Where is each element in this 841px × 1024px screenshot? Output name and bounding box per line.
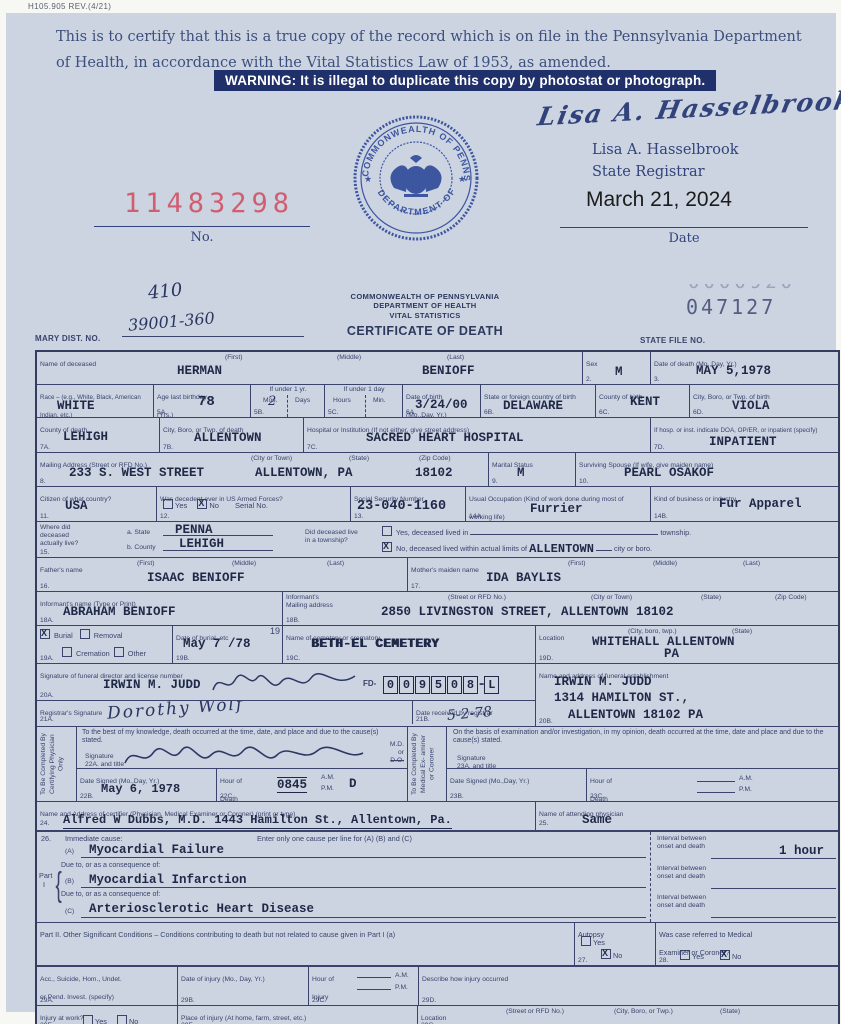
field-date-of-death: Date of death (Mo.,Day, Yr.) 3. MAY 5,19…	[651, 352, 838, 384]
serial-label: No.	[94, 230, 310, 245]
row-funeral-registrar: Signature of funeral director and licens…	[37, 664, 838, 727]
field-father-name: Father's name (First) (Middle) (Last) 16…	[37, 558, 408, 591]
value-mailing-zip: 18102	[415, 466, 453, 480]
svg-text:★: ★	[364, 174, 372, 184]
field-injury-date: Date of injury (Mo., Day, Yr.) 29B.	[178, 967, 309, 1005]
other-checkbox	[114, 647, 124, 657]
interval-column: Interval betweenonset and death 1 hour I…	[650, 832, 838, 922]
district-number-label: MARY DIST. NO.	[35, 334, 101, 343]
field-registrar-signature: Registrar's Signature 21A. Dorothy Wolf	[37, 701, 413, 724]
field-funeral-director-signature: Signature of funeral director and licens…	[37, 664, 535, 701]
physician-signature-script	[119, 743, 369, 769]
issue-date: March 21, 2024	[586, 188, 732, 212]
value-establishment-line3: ALLENTOWN 18102 PA	[568, 707, 703, 723]
value-certifier: Alfred W Dubbs, M.D. 1443 Hamilton St., …	[63, 813, 452, 829]
value-last-name: BENIOFF	[422, 364, 475, 378]
value-occupation: Furrier	[530, 502, 583, 516]
header-line3: VITAL STATISTICS	[295, 311, 555, 320]
value-race: WHITE	[57, 399, 95, 413]
injury-work-no-checkbox	[117, 1015, 127, 1024]
state-file-label: STATE FILE NO.	[640, 336, 705, 345]
field-cemetery: Name of cemetery or crematory 19C. BETH-…	[283, 626, 536, 663]
field-race: Race – (e.g., White, Black, American Ind…	[37, 385, 154, 417]
value-doa-inpatient: INPATIENT	[709, 435, 777, 449]
value-hour-suffix: D	[349, 777, 357, 791]
field-date-of-birth: Date of birth (Mo.,Day, Yr.) 6A. 3/24/00	[403, 385, 481, 417]
field-hour-of-death: Hour ofDeath 22C. 0845 A.M. P.M. D	[217, 769, 407, 801]
state-registrar-block: Lisa A. Hasselbrook State Registrar	[592, 140, 739, 184]
district-number-rule	[122, 336, 304, 337]
field-citizen: Citizen of what country? 11. USA	[37, 487, 157, 521]
field-referred-to-me: Was case referred to MedicalExaminer or …	[656, 923, 838, 965]
value-residence-county: LEHIGH	[179, 537, 224, 551]
value-informant-name: ABRAHAM BENIOFF	[63, 605, 176, 619]
row-cause-of-death: 26. Immediate cause: Enter only one caus…	[37, 832, 838, 923]
value-date-of-birth: 3/24/00	[415, 398, 468, 412]
field-funeral-establishment: Name and address of funeral establishmen…	[536, 664, 838, 726]
value-date-of-death: MAY 5,1978	[696, 364, 771, 378]
state-file-number: 047127	[686, 295, 776, 319]
field-ssn: Social Security Number 13. 23-040-1160	[351, 487, 466, 521]
field-residence: Where did deceased actually live? 15. a.…	[37, 522, 838, 557]
field-informant-address: Informant'sMailing address (Street or RF…	[283, 592, 838, 625]
injury-work-yes-checkbox	[83, 1015, 93, 1024]
field-birth-city: City, Boro, or Twp. of birth 6D. VIOLA	[690, 385, 838, 417]
ghost-number: 0000920	[688, 284, 828, 293]
state-registrar-title: State Registrar	[592, 162, 739, 184]
value-funeral-director-typed: IRWIN M. JUDD	[103, 678, 201, 692]
row-race-age-birth: Race – (e.g., White, Black, American Ind…	[37, 385, 838, 418]
field-autopsy: Autopsy Yes XNo 27.	[575, 923, 656, 965]
field-armed-forces: Was decedent ever in US Armed Forces? Ye…	[157, 487, 351, 521]
field-birth-county: County of birth 6C. KENT	[596, 385, 690, 417]
certification-statement: This is to certify that this is a true c…	[56, 24, 820, 76]
value-establishment-line1: IRWIN M. JUDD	[554, 674, 703, 690]
field-under-1day: If under 1 day Hours Min. 5C.	[325, 385, 403, 417]
field-name-of-deceased: Name of deceased (First) (Middle) (Last)…	[37, 352, 583, 384]
value-interval-a: 1 hour	[779, 844, 824, 858]
cremation-checkbox	[62, 647, 72, 657]
field-sex: Sex 2. M	[583, 352, 651, 384]
physician-certification-block: To the best of my knowledge, death occur…	[77, 727, 408, 801]
value-sex: M	[615, 365, 623, 379]
value-date-signed: May 6, 1978	[101, 782, 180, 796]
field-injury-kind: Acc., Suicide, Hom., Undet.or Pend. Inve…	[37, 967, 178, 1005]
field-industry: Kind of business or industry 14B. Fur Ap…	[651, 487, 838, 521]
row-citizen-ssn: Citizen of what country? 11. USA Was dec…	[37, 487, 838, 522]
certificate-serial-number: 11483298	[124, 188, 294, 219]
state-registrar-name: Lisa A. Hasselbrook	[592, 140, 739, 162]
township-yes-checkbox	[382, 526, 392, 536]
value-industry: Fur Apparel	[719, 497, 802, 511]
death-certificate-form: Name of deceased (First) (Middle) (Last)…	[35, 350, 840, 1024]
value-cemetery: BETH-EL CEMETERY	[311, 637, 439, 651]
row-informant: Informant's name (Type or Print) 18A. AB…	[37, 592, 838, 626]
field-hour-of-death-coroner: Hour ofDeath 23C. A.M. P.M.	[587, 769, 838, 801]
value-birth-state: DELAWARE	[503, 399, 563, 413]
row-residence: Where did deceased actually live? 15. a.…	[37, 522, 838, 558]
value-mother-name: IDA BAYLIS	[486, 571, 561, 585]
field-occupation: Usual Occupation (Kind of work done duri…	[466, 487, 651, 521]
value-marital-status: M	[517, 466, 525, 480]
armed-yes-checkbox	[163, 499, 173, 509]
field-date-received: Date received by registrar 21B. 5-2-78	[413, 701, 535, 724]
value-cemetery-location-state: PA	[664, 647, 679, 661]
row-death-place: County of death 7A. LEHIGH City, Boro, o…	[37, 418, 838, 453]
field-certifier: Name and Address of certifier (Physician…	[37, 802, 536, 830]
row-injury-bottom: Injury at work? Yes No 29E. Place of inj…	[37, 1006, 838, 1024]
row-certification: To Be Completed By Certifying Physician …	[37, 727, 838, 802]
value-date-received: 5-2-78	[446, 704, 492, 724]
field-disposition: X Burial Removal Cremation Other 19A.	[37, 626, 173, 663]
value-death-county: LEHIGH	[63, 430, 108, 444]
field-attending-physician: Name of attending physician 25. Same	[536, 802, 838, 830]
coroner-sidebar: To Be Completed By Medical Ex- aminer or…	[408, 727, 447, 801]
field-mailing-address: Mailing Address (Street or RFD No.) (Cit…	[37, 453, 489, 486]
value-birth-county: KENT	[630, 395, 660, 409]
row-mailing: Mailing Address (Street or RFD No.) (Cit…	[37, 453, 838, 487]
value-father-name: ISAAC BENIOFF	[147, 571, 245, 585]
date-label: Date	[560, 231, 808, 246]
field-injury-location: Location (Street or RFD No.) (City, Boro…	[418, 1006, 838, 1024]
cause-of-death-block: 26. Immediate cause: Enter only one caus…	[37, 832, 650, 922]
value-death-city: ALLENTOWN	[194, 431, 262, 445]
value-informant-address: 2850 LIVINGSTON STREET, ALLENTOWN 18102	[381, 605, 674, 619]
header-line1: COMMONWEALTH OF PENNSYLVANIA	[295, 292, 555, 301]
certificate-title: CERTIFICATE OF DEATH	[295, 324, 555, 338]
township-no-checkbox: X	[382, 542, 392, 552]
value-surviving-spouse: PEARL OSAKOF	[624, 466, 714, 480]
header-line2: DEPARTMENT OF HEALTH	[295, 301, 555, 310]
row-parents: Father's name (First) (Middle) (Last) 16…	[37, 558, 838, 592]
field-injury-at-work: Injury at work? Yes No 29E.	[37, 1006, 178, 1024]
field-doa-inpatient: If hosp. or inst. indicate DOA, OP/ER, o…	[651, 418, 838, 452]
license-number-boxes: 009508-L	[383, 675, 500, 694]
value-cause-a: Myocardial Failure	[89, 843, 224, 857]
row-part2: Part II. Other Significant Conditions – …	[37, 923, 838, 967]
field-date-signed-physician: Date Signed (Mo.,Day, Yr.) 22B. May 6, 1…	[77, 769, 217, 801]
value-under1yr-mark: 2	[268, 394, 276, 409]
field-injury-how: Describe how injury occurred 29D.	[419, 967, 838, 1005]
value-ssn: 23-040-1160	[357, 499, 446, 514]
value-age: 78	[198, 394, 215, 410]
value-hospital: SACRED HEART HOSPITAL	[366, 431, 524, 445]
field-surviving-spouse: Surviving Spouse (If wife, give maiden n…	[576, 453, 838, 486]
field-birth-state: State or foreign country of birth 6B. DE…	[481, 385, 596, 417]
row-injury-top: Acc., Suicide, Hom., Undet.or Pend. Inve…	[37, 967, 838, 1006]
handwritten-410: 410	[147, 279, 183, 303]
value-cause-c: Arteriosclerotic Heart Disease	[89, 902, 314, 916]
autopsy-yes-checkbox	[581, 936, 591, 946]
field-marital-status: Marital Status 9. M	[489, 453, 576, 486]
value-cause-b: Myocardial Infarction	[89, 873, 247, 887]
value-attending-physician: Same	[582, 813, 612, 827]
burial-checkbox: X	[40, 629, 50, 639]
field-under-1yr: If under 1 yr. Mos. Days 5B. 2	[251, 385, 325, 417]
referred-no-checkbox: X	[720, 950, 730, 960]
removal-checkbox	[80, 629, 90, 639]
field-age: Age last birthday (Yrs.) 5A. 78	[154, 385, 251, 417]
field-burial-date: Date of burial, etc 19 19B. May 7 /78	[173, 626, 283, 663]
serial-rule	[94, 226, 310, 227]
funeral-director-script-signature	[209, 668, 359, 698]
field-injury-place: Place of injury (At home, farm, street, …	[178, 1006, 418, 1024]
field-cemetery-location: Location (City, boro, twp.) (State) 19D.…	[536, 626, 838, 663]
row-name: Name of deceased (First) (Middle) (Last)…	[37, 352, 838, 385]
certificate-header: COMMONWEALTH OF PENNSYLVANIA DEPARTMENT …	[295, 292, 555, 338]
referred-yes-checkbox	[680, 950, 690, 960]
armed-no-checkbox: X	[197, 499, 207, 509]
field-injury-hour: Hour ofInjury A.M. P.M. 29C.	[309, 967, 419, 1005]
form-number: H105.905 REV.(4/21)	[28, 2, 111, 11]
value-registrar-script: Dorothy Wolf	[106, 701, 244, 724]
value-mailing-city: ALLENTOWN, PA	[255, 466, 353, 480]
field-hospital: Hospital or Institution (If not either, …	[304, 418, 651, 452]
value-first-name: HERMAN	[177, 364, 222, 378]
value-mailing-street: 233 S. WEST STREET	[69, 466, 204, 480]
coroner-certification-block: On the basis of examination and/or inves…	[447, 727, 838, 801]
value-burial-date: May 7 /78	[183, 637, 251, 651]
date-rule	[560, 227, 808, 228]
warning-banner: WARNING: It is illegal to duplicate this…	[214, 70, 716, 91]
pa-department-of-health-seal-icon: COMMONWEALTH OF PENNSYLVANIA DEPARTMENT …	[352, 114, 480, 247]
seal-coat-of-arms	[390, 155, 441, 197]
field-part2-conditions: Part II. Other Significant Conditions – …	[37, 923, 575, 965]
value-citizen: USA	[65, 499, 88, 513]
value-residence-city: ALLENTOWN	[529, 542, 594, 556]
field-date-signed-coroner: Date Signed (Mo.,Day, Yr.) 23B.	[447, 769, 587, 801]
value-hour-of-death: 0845	[277, 777, 307, 793]
field-informant-name: Informant's name (Type or Print) 18A. AB…	[37, 592, 283, 625]
autopsy-no-checkbox: X	[601, 949, 611, 959]
row-certifier: Name and Address of certifier (Physician…	[37, 802, 838, 832]
value-establishment-line2: 1314 HAMILTON ST.,	[554, 690, 703, 706]
row-disposition: X Burial Removal Cremation Other 19A. Da…	[37, 626, 838, 664]
field-mother-name: Mother's maiden name (First) (Middle) (L…	[408, 558, 838, 591]
field-death-county: County of death 7A. LEHIGH	[37, 418, 160, 452]
field-death-city: City, Boro, or Twp. of death 7B. ALLENTO…	[160, 418, 304, 452]
value-birth-city: VIOLA	[732, 399, 770, 413]
svg-text:★: ★	[458, 174, 466, 184]
physician-sidebar: To Be Completed By Certifying Physician …	[37, 727, 77, 801]
